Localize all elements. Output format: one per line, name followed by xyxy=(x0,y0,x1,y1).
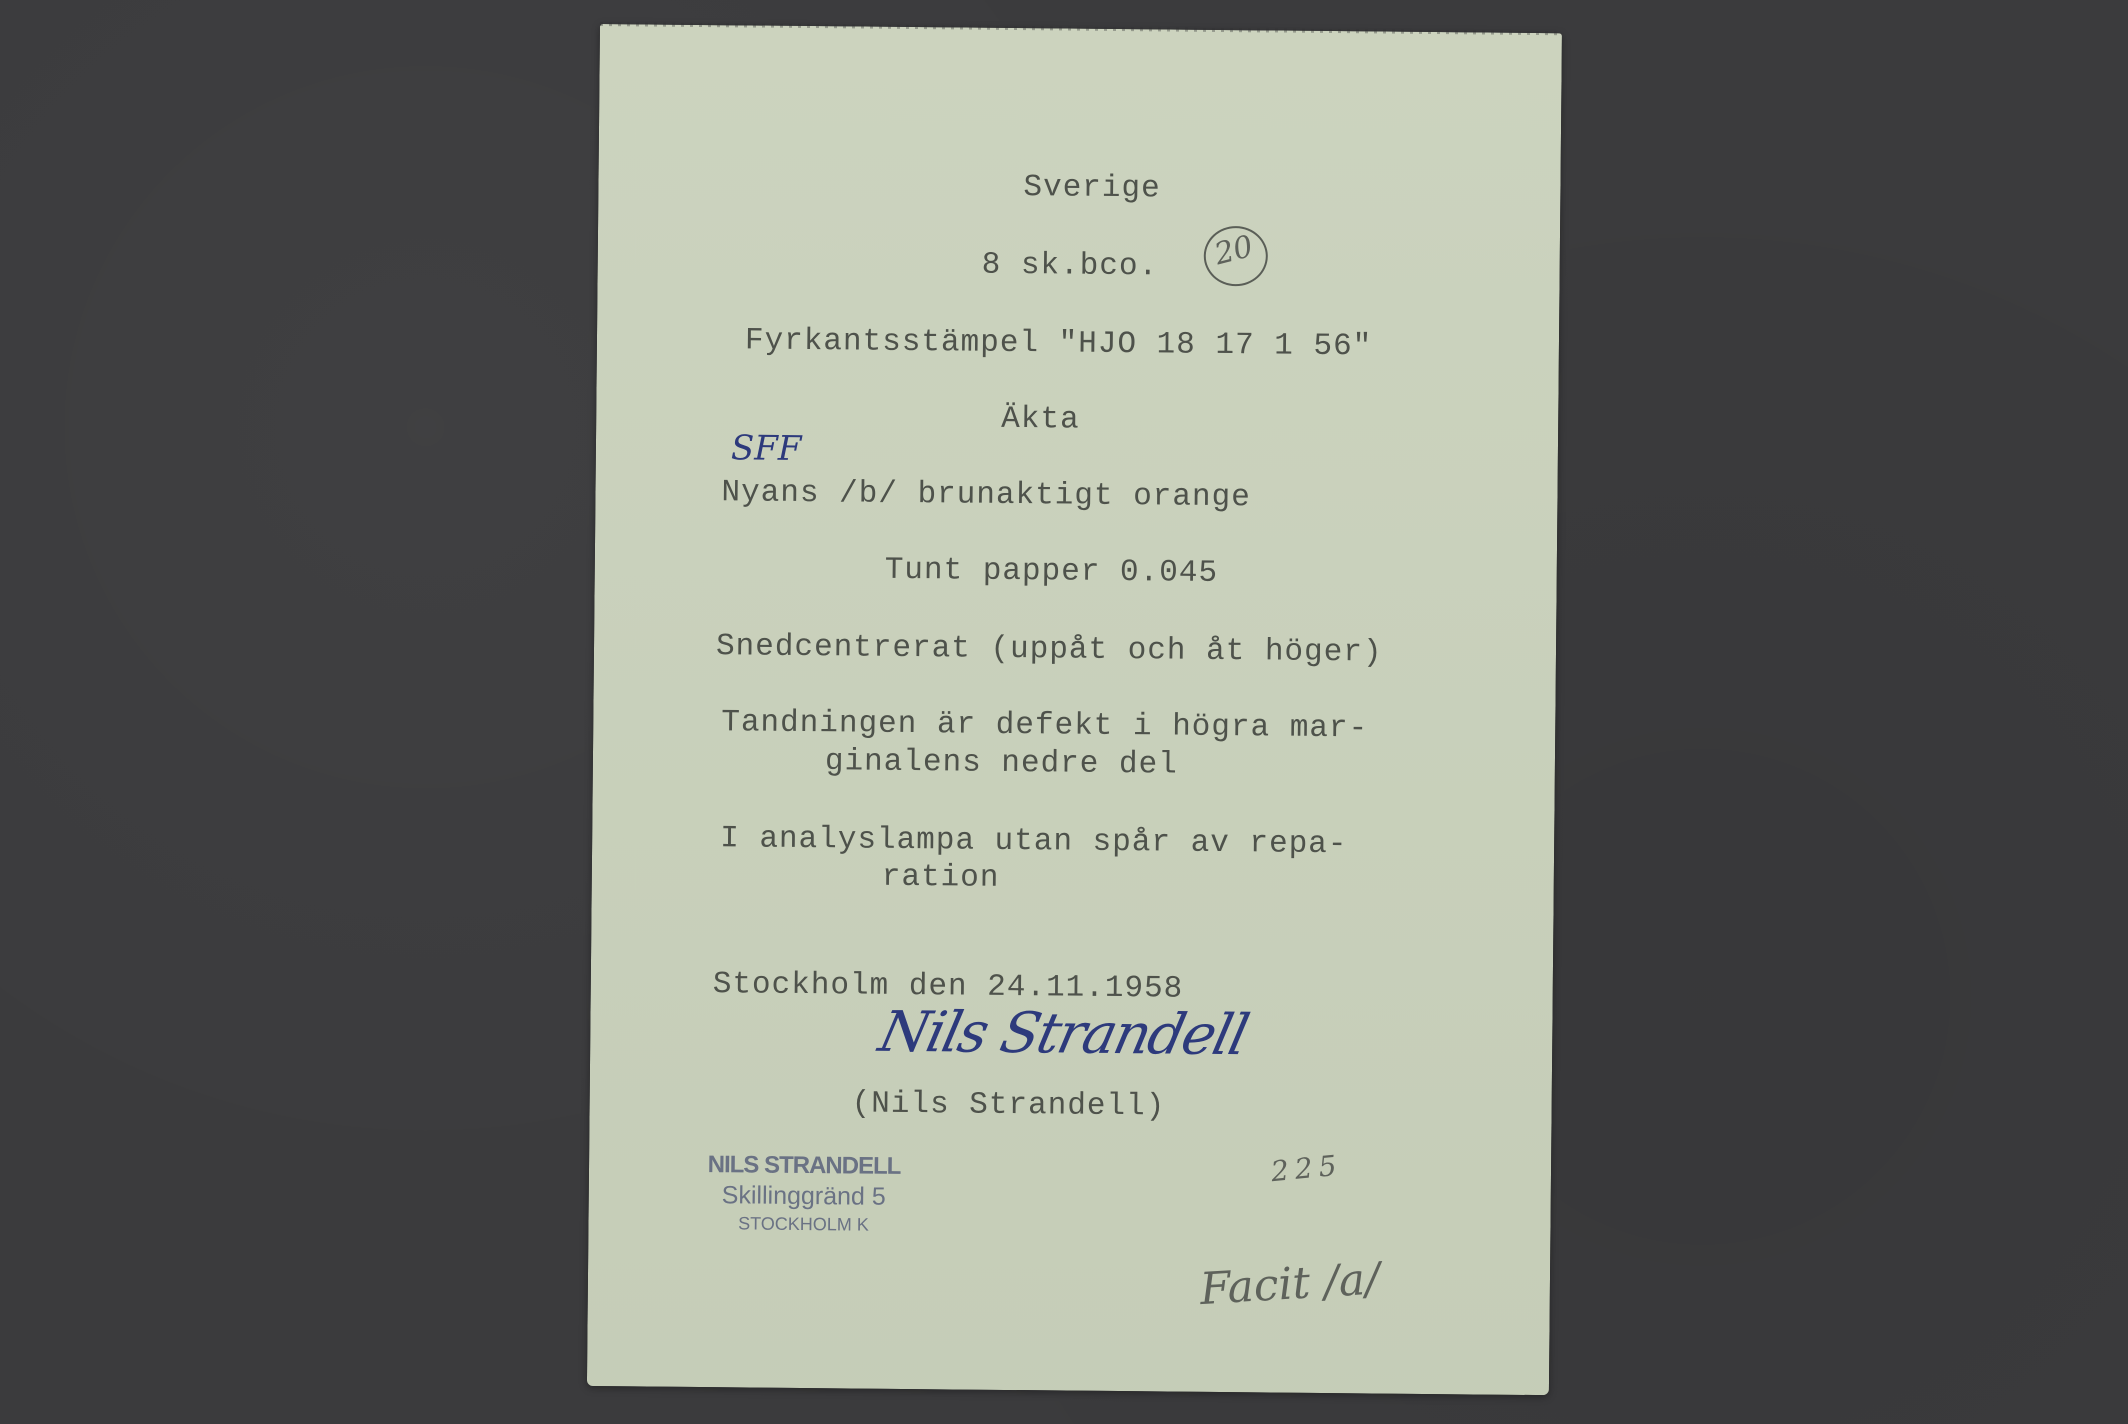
stamp-city: STOCKHOLM K xyxy=(688,1214,918,1234)
paper-thickness-line: Tunt papper 0.045 xyxy=(885,555,1219,589)
stamp-name: NILS STRANDELL xyxy=(689,1153,919,1179)
uv-line-1: I analyslampa utan spår av repa- xyxy=(720,823,1348,860)
pencil-number-annotation: 225 xyxy=(1270,1152,1344,1187)
shade-line: Nyans /b/ brunaktigt orange xyxy=(721,477,1251,513)
place-date-line: Stockholm den 24.11.1958 xyxy=(713,969,1184,1005)
address-stamp: NILS STRANDELL Skillinggränd 5 STOCKHOLM… xyxy=(688,1153,919,1234)
country-line: Sverige xyxy=(1023,172,1161,204)
stamp-street: Skillinggränd 5 xyxy=(689,1183,919,1210)
certificate-paper: Sverige 8 sk.bco. 20 Fyrkantsstämpel "HJ… xyxy=(587,24,1562,1395)
sff-handwritten-note: SFF xyxy=(731,431,802,466)
perforation-line-2: ginalens nedre del xyxy=(825,746,1178,780)
signatory-line: (Nils Strandell) xyxy=(851,1088,1165,1122)
perforation-line-1: Tandningen är defekt i högra mar- xyxy=(721,707,1368,744)
verdict-line: Äkta xyxy=(1001,404,1080,436)
uv-line-2: ration xyxy=(882,862,1000,894)
postmark-line: Fyrkantsstämpel "HJO 18 17 1 56" xyxy=(745,325,1373,362)
pencil-facit-annotation: Facit /a/ xyxy=(1199,1257,1381,1312)
circled-number-text: 20 xyxy=(1212,232,1256,271)
denomination-line: 8 sk.bco. xyxy=(982,250,1159,283)
signature: Nils Strandell xyxy=(874,1005,1252,1064)
centering-line: Snedcentrerat (uppåt och åt höger) xyxy=(716,631,1383,668)
